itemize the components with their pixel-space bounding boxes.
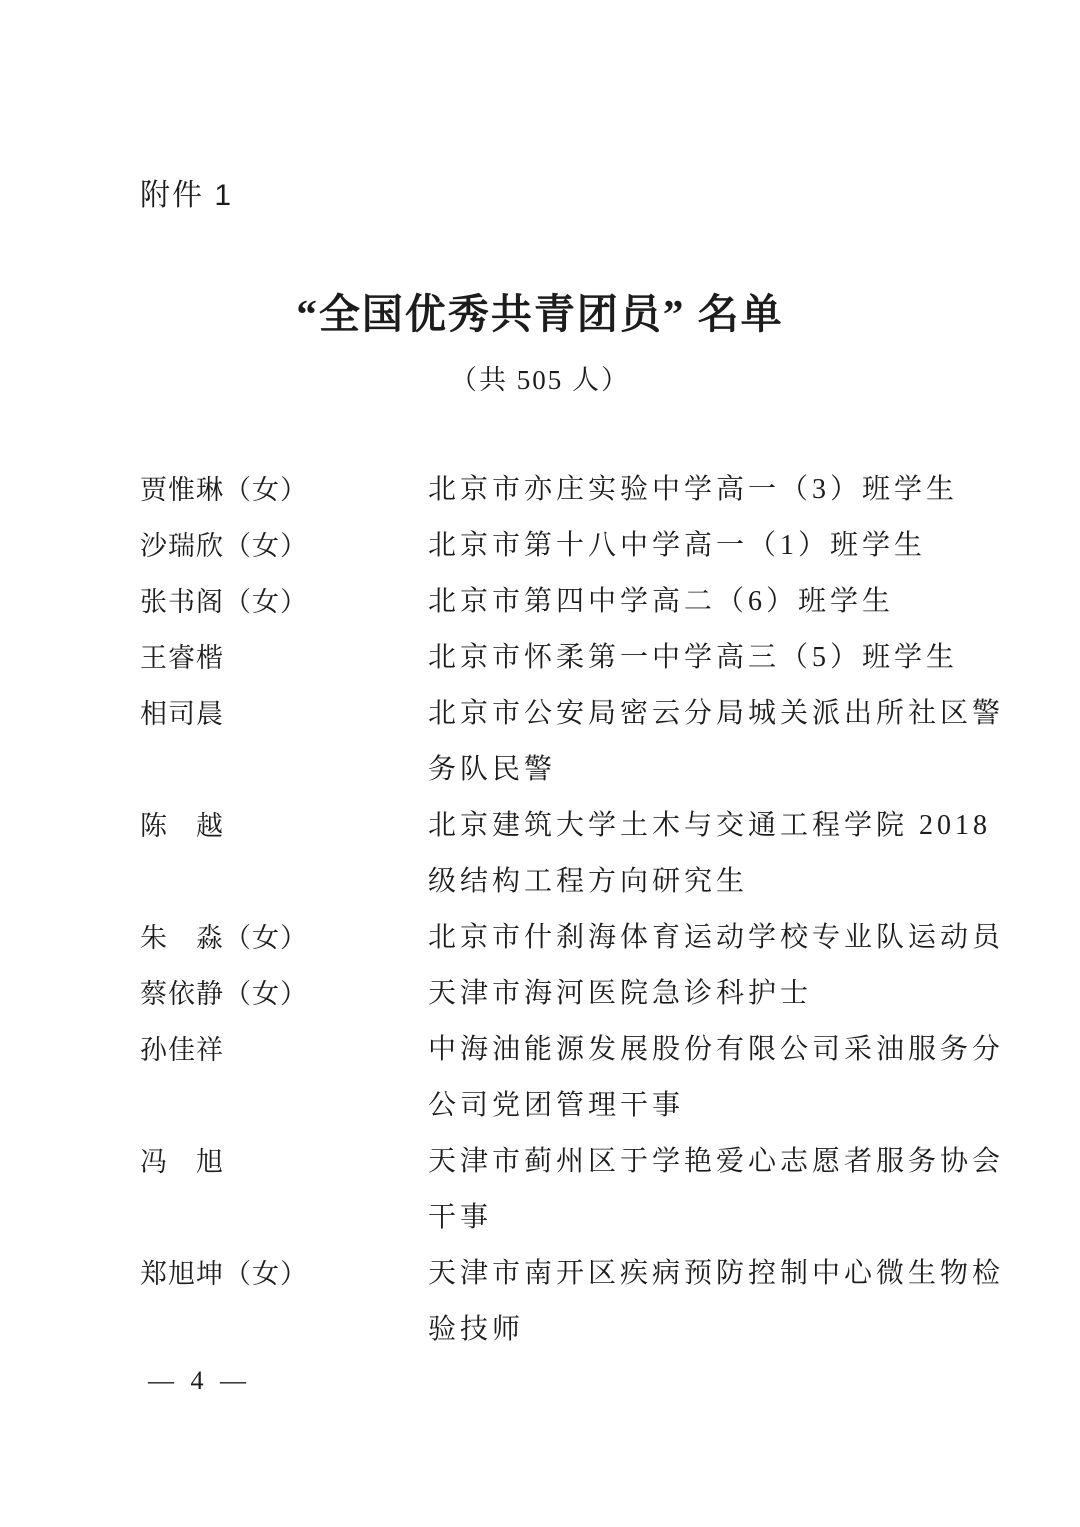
- member-description: 北京市第四中学高二（6）班学生: [428, 574, 894, 630]
- member-description-line: 北京市第四中学高二（6）班学生: [428, 574, 894, 630]
- subtitle-count: （共 505 人）: [0, 358, 1080, 397]
- member-row: 张书阁（女） 北京市第四中学高二（6）班学生: [140, 574, 955, 630]
- member-description-line: 北京市怀柔第一中学高三（5）班学生: [428, 630, 958, 686]
- member-name: 冯 旭: [140, 1134, 428, 1190]
- member-description: 北京市亦庄实验中学高一（3）班学生: [428, 462, 958, 518]
- member-description-line: 天津市南开区疾病预防控制中心微生物检: [428, 1246, 1004, 1302]
- member-name: 沙瑞欣（女）: [140, 518, 428, 574]
- member-row: 郑旭坤（女） 天津市南开区疾病预防控制中心微生物检验技师: [140, 1246, 955, 1358]
- member-row: 孙佳祥 中海油能源发展股份有限公司采油服务分公司党团管理干事: [140, 1022, 955, 1134]
- member-description-line: 北京市什刹海体育运动学校专业队运动员: [428, 910, 1004, 966]
- member-name: 王睿楷: [140, 630, 428, 686]
- member-name: 郑旭坤（女）: [140, 1246, 428, 1302]
- member-row: 王睿楷 北京市怀柔第一中学高三（5）班学生: [140, 630, 955, 686]
- member-name: 张书阁（女）: [140, 574, 428, 630]
- member-description: 北京市怀柔第一中学高三（5）班学生: [428, 630, 958, 686]
- member-description-line: 验技师: [428, 1302, 1004, 1358]
- page-title: “全国优秀共青团员” 名单: [0, 281, 1080, 340]
- page-number: — 4 —: [148, 1366, 251, 1396]
- member-description: 北京市公安局密云分局城关派出所社区警务队民警: [428, 686, 1004, 798]
- member-description-line: 北京市第十八中学高一（1）班学生: [428, 518, 926, 574]
- member-name: 相司晨: [140, 686, 428, 742]
- member-description-line: 天津市蓟州区于学艳爱心志愿者服务协会: [428, 1134, 1004, 1190]
- member-row: 蔡依静（女） 天津市海河医院急诊科护士: [140, 966, 955, 1022]
- member-description-line: 天津市海河医院急诊科护士: [428, 966, 812, 1022]
- member-row: 沙瑞欣（女） 北京市第十八中学高一（1）班学生: [140, 518, 955, 574]
- member-description: 天津市南开区疾病预防控制中心微生物检验技师: [428, 1246, 1004, 1358]
- member-description-line: 北京市亦庄实验中学高一（3）班学生: [428, 462, 958, 518]
- member-description: 北京建筑大学土木与交通工程学院 2018级结构工程方向研究生: [428, 798, 991, 910]
- member-description: 天津市蓟州区于学艳爱心志愿者服务协会干事: [428, 1134, 1004, 1246]
- member-row: 冯 旭 天津市蓟州区于学艳爱心志愿者服务协会干事: [140, 1134, 955, 1246]
- member-name: 陈 越: [140, 798, 428, 854]
- member-description-line: 北京市公安局密云分局城关派出所社区警: [428, 686, 1004, 742]
- member-description: 天津市海河医院急诊科护士: [428, 966, 812, 1022]
- member-name: 蔡依静（女）: [140, 966, 428, 1022]
- member-description-line: 级结构工程方向研究生: [428, 854, 991, 910]
- member-description-line: 干事: [428, 1190, 1004, 1246]
- document-page: 附件 1 “全国优秀共青团员” 名单 （共 505 人） 贾惟琳（女） 北京市亦…: [0, 0, 1080, 1527]
- member-name: 孙佳祥: [140, 1022, 428, 1078]
- member-description: 北京市第十八中学高一（1）班学生: [428, 518, 926, 574]
- member-description-line: 公司党团管理干事: [428, 1078, 1004, 1134]
- member-description-line: 北京建筑大学土木与交通工程学院 2018: [428, 798, 991, 854]
- attachment-label: 附件 1: [140, 170, 233, 214]
- member-name: 朱 淼（女）: [140, 910, 428, 966]
- member-row: 贾惟琳（女） 北京市亦庄实验中学高一（3）班学生: [140, 462, 955, 518]
- member-description: 中海油能源发展股份有限公司采油服务分公司党团管理干事: [428, 1022, 1004, 1134]
- member-description-line: 中海油能源发展股份有限公司采油服务分: [428, 1022, 1004, 1078]
- member-list: 贾惟琳（女） 北京市亦庄实验中学高一（3）班学生 沙瑞欣（女） 北京市第十八中学…: [140, 462, 955, 1358]
- member-name: 贾惟琳（女）: [140, 462, 428, 518]
- member-row: 陈 越 北京建筑大学土木与交通工程学院 2018级结构工程方向研究生: [140, 798, 955, 910]
- member-row: 朱 淼（女） 北京市什刹海体育运动学校专业队运动员: [140, 910, 955, 966]
- member-description: 北京市什刹海体育运动学校专业队运动员: [428, 910, 1004, 966]
- member-description-line: 务队民警: [428, 742, 1004, 798]
- member-row: 相司晨 北京市公安局密云分局城关派出所社区警务队民警: [140, 686, 955, 798]
